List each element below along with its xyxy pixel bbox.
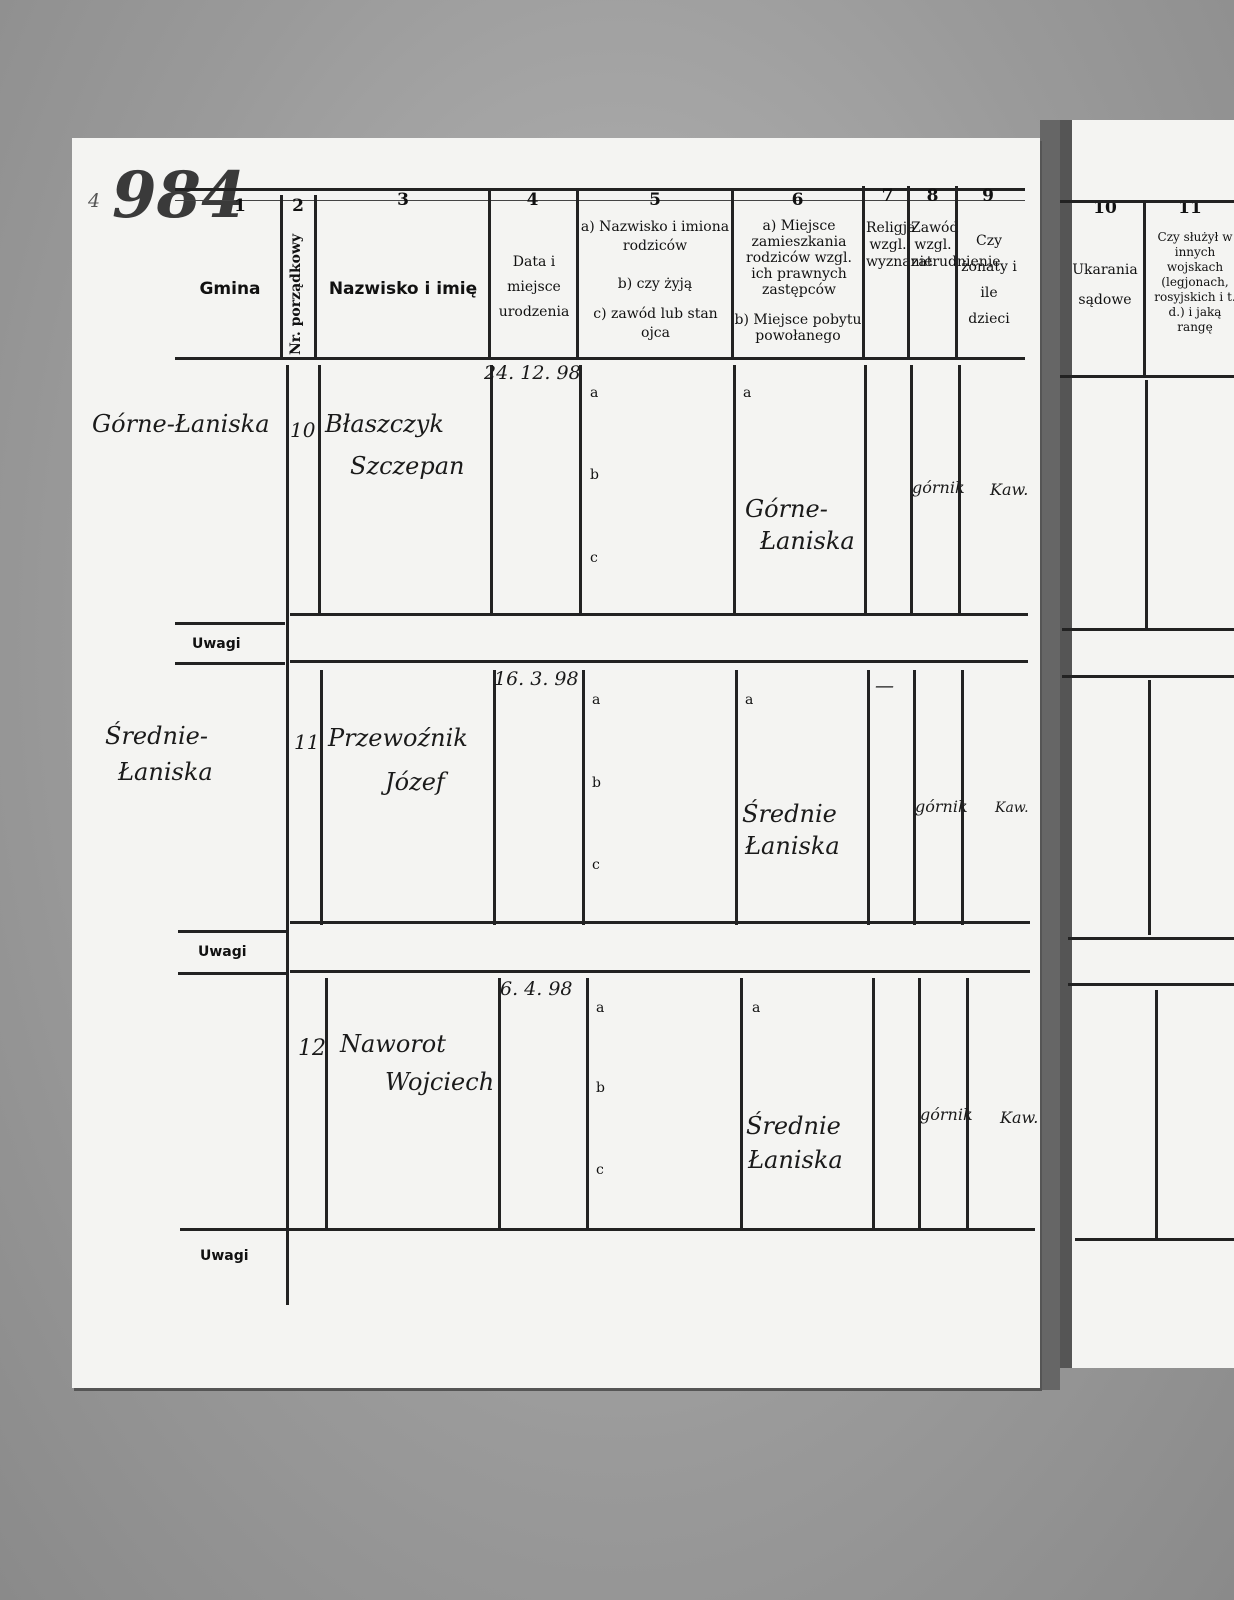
column-line — [740, 978, 743, 1230]
column-line — [490, 365, 493, 615]
column-line — [918, 978, 921, 1230]
header-parents-a: a) Nazwisko i imiona rodziców — [580, 218, 730, 256]
uwagi-2-bottom-rule — [178, 972, 286, 975]
column-line — [586, 978, 589, 1230]
record-2-gmina-2: Łaniska — [118, 758, 213, 786]
header-divider — [576, 190, 579, 357]
col-num-7: 7 — [865, 186, 910, 206]
record-3-given: Wojciech — [385, 1068, 494, 1096]
record-1-gmina: Górne-Łaniska — [92, 410, 270, 438]
record-2-sub-b: b — [592, 775, 601, 791]
header-divider — [862, 186, 865, 357]
header-bottom-rule — [175, 357, 1025, 360]
column-line — [966, 978, 969, 1230]
header-other-service: Czy służył w innych wojskach (legjonach,… — [1150, 230, 1234, 335]
header-bottom-rule-right — [1060, 375, 1234, 378]
column-line-right — [1155, 990, 1158, 1240]
column-line — [872, 978, 875, 1230]
record-1-sub-a: a — [590, 385, 598, 401]
column-line — [493, 670, 496, 925]
record-2-top-rule-right — [1062, 675, 1234, 678]
record-3-col9: Kaw. — [1000, 1108, 1038, 1127]
column-line — [320, 670, 323, 925]
record-2-surname: Przewoźnik — [328, 724, 468, 752]
record-1-residence-1: Górne- — [745, 495, 828, 523]
record-3-occupation: górnik — [920, 1105, 973, 1124]
header-divider — [488, 190, 491, 357]
header-birth: Data i miejsce urodzenia — [490, 250, 578, 325]
uwagi-2-rule-right — [1068, 937, 1234, 940]
header-divider — [955, 186, 958, 357]
record-2-residence-2: Łaniska — [745, 832, 840, 860]
header-parents-c: c) zawód lub stan ojca — [578, 305, 733, 343]
column-line — [582, 670, 585, 925]
record-1-occupation: górnik — [912, 478, 965, 497]
header-married: Czy żonaty i ile dzieci — [958, 228, 1020, 332]
record-1-bottom-rule — [290, 613, 1028, 616]
header-residence-b: b) Miejsce pobytu powołanego — [733, 312, 863, 344]
record-2-sub-a: a — [592, 692, 600, 708]
record-2-bottom-rule — [290, 921, 1030, 924]
record-3-top-rule-right — [1068, 983, 1234, 986]
record-2-gmina-1: Średnie- — [105, 722, 208, 750]
column-line — [864, 365, 867, 615]
record-3-surname: Naworot — [340, 1030, 446, 1058]
record-1-sub-c: c — [590, 550, 598, 566]
book-spine — [1040, 120, 1060, 1390]
record-3-nr: 12 — [298, 1036, 326, 1061]
record-3-top-rule — [290, 970, 1030, 973]
header-occupation: Zawód wzgl. zatrudnienie — [911, 220, 955, 271]
record-2-res-a: a — [745, 692, 753, 708]
column-line-right — [1145, 380, 1148, 628]
record-3-bottom-rule-right — [1075, 1238, 1234, 1241]
header-name: Nazwisko i imię — [318, 280, 488, 299]
col-num-5: 5 — [580, 190, 730, 210]
header-divider — [280, 195, 283, 357]
record-2-col9: Kaw. — [995, 800, 1029, 816]
header-divider — [731, 190, 734, 357]
record-2-birth-date: 16. 3. 98 — [494, 668, 579, 690]
col-num-4: 4 — [490, 190, 575, 210]
header-residence-a: a) Miejsce zamieszkania rodziców wzgl. i… — [735, 218, 863, 298]
column-line — [867, 670, 870, 925]
column-line — [325, 978, 328, 1230]
record-1-sub-b: b — [590, 467, 599, 483]
header-top-rule-right — [1060, 200, 1234, 203]
record-1-birth-date: 24. 12. 98 — [484, 362, 581, 384]
header-divider — [907, 186, 910, 357]
header-religion: Religja wzgl. wyznanie — [866, 220, 910, 271]
uwagi-2-top-rule — [178, 930, 286, 933]
column-line — [498, 978, 501, 1230]
record-1-surname: Błaszczyk — [325, 410, 444, 438]
record-2-given: Józef — [385, 768, 445, 796]
uwagi-1-bottom-rule — [175, 662, 285, 665]
register-page-left — [72, 138, 1040, 1388]
record-2-top-rule — [290, 660, 1028, 663]
header-divider — [314, 195, 317, 357]
record-3-sub-a: a — [596, 1000, 604, 1016]
record-2-occupation: górnik — [915, 797, 968, 816]
record-3-res-a: a — [752, 1000, 760, 1016]
uwagi-3-label: Uwagi — [200, 1248, 249, 1264]
column-line — [735, 670, 738, 925]
record-3-bottom-rule — [180, 1228, 1035, 1231]
col-num-6: 6 — [735, 190, 860, 210]
record-3-sub-b: b — [596, 1080, 605, 1096]
column-line-right — [1148, 680, 1151, 935]
col-num-1: 1 — [200, 196, 280, 216]
column-line — [318, 365, 321, 615]
uwagi-1-top-rule — [175, 622, 285, 625]
record-2-religion: — — [875, 675, 894, 697]
page-number-prefix: 4 — [88, 190, 100, 212]
record-3-sub-c: c — [596, 1162, 604, 1178]
record-1-col9: Kaw. — [990, 480, 1028, 499]
record-1-residence-2: Łaniska — [760, 527, 855, 555]
record-2-residence-1: Średnie — [742, 800, 837, 828]
record-1-nr: 10 — [290, 418, 315, 442]
column-line-nr — [286, 365, 289, 1305]
uwagi-2-label: Uwagi — [198, 944, 247, 960]
col-num-3: 3 — [318, 190, 488, 210]
column-line — [579, 365, 582, 615]
header-gmina: Gmina — [180, 280, 280, 299]
header-parents-b: b) czy żyją — [580, 275, 730, 294]
column-line — [733, 365, 736, 615]
record-1-res-a: a — [743, 385, 751, 401]
record-1-given: Szczepan — [350, 452, 465, 480]
record-3-residence-1: Średnie — [746, 1112, 841, 1140]
col-num-9: 9 — [958, 186, 1018, 206]
uwagi-1-rule-right — [1062, 628, 1234, 631]
col-num-8: 8 — [910, 186, 955, 206]
record-3-residence-2: Łaniska — [748, 1146, 843, 1174]
record-2-nr: 11 — [294, 730, 319, 754]
col-num-2: 2 — [283, 196, 313, 216]
record-2-sub-c: c — [592, 857, 600, 873]
header-nr: Nr. porządkowy — [288, 215, 304, 355]
record-3-birth-date: 6. 4. 98 — [500, 978, 573, 1000]
header-divider-right — [1143, 200, 1146, 375]
uwagi-1-label: Uwagi — [192, 636, 241, 652]
header-convictions: Ukarania sądowe — [1065, 255, 1145, 315]
